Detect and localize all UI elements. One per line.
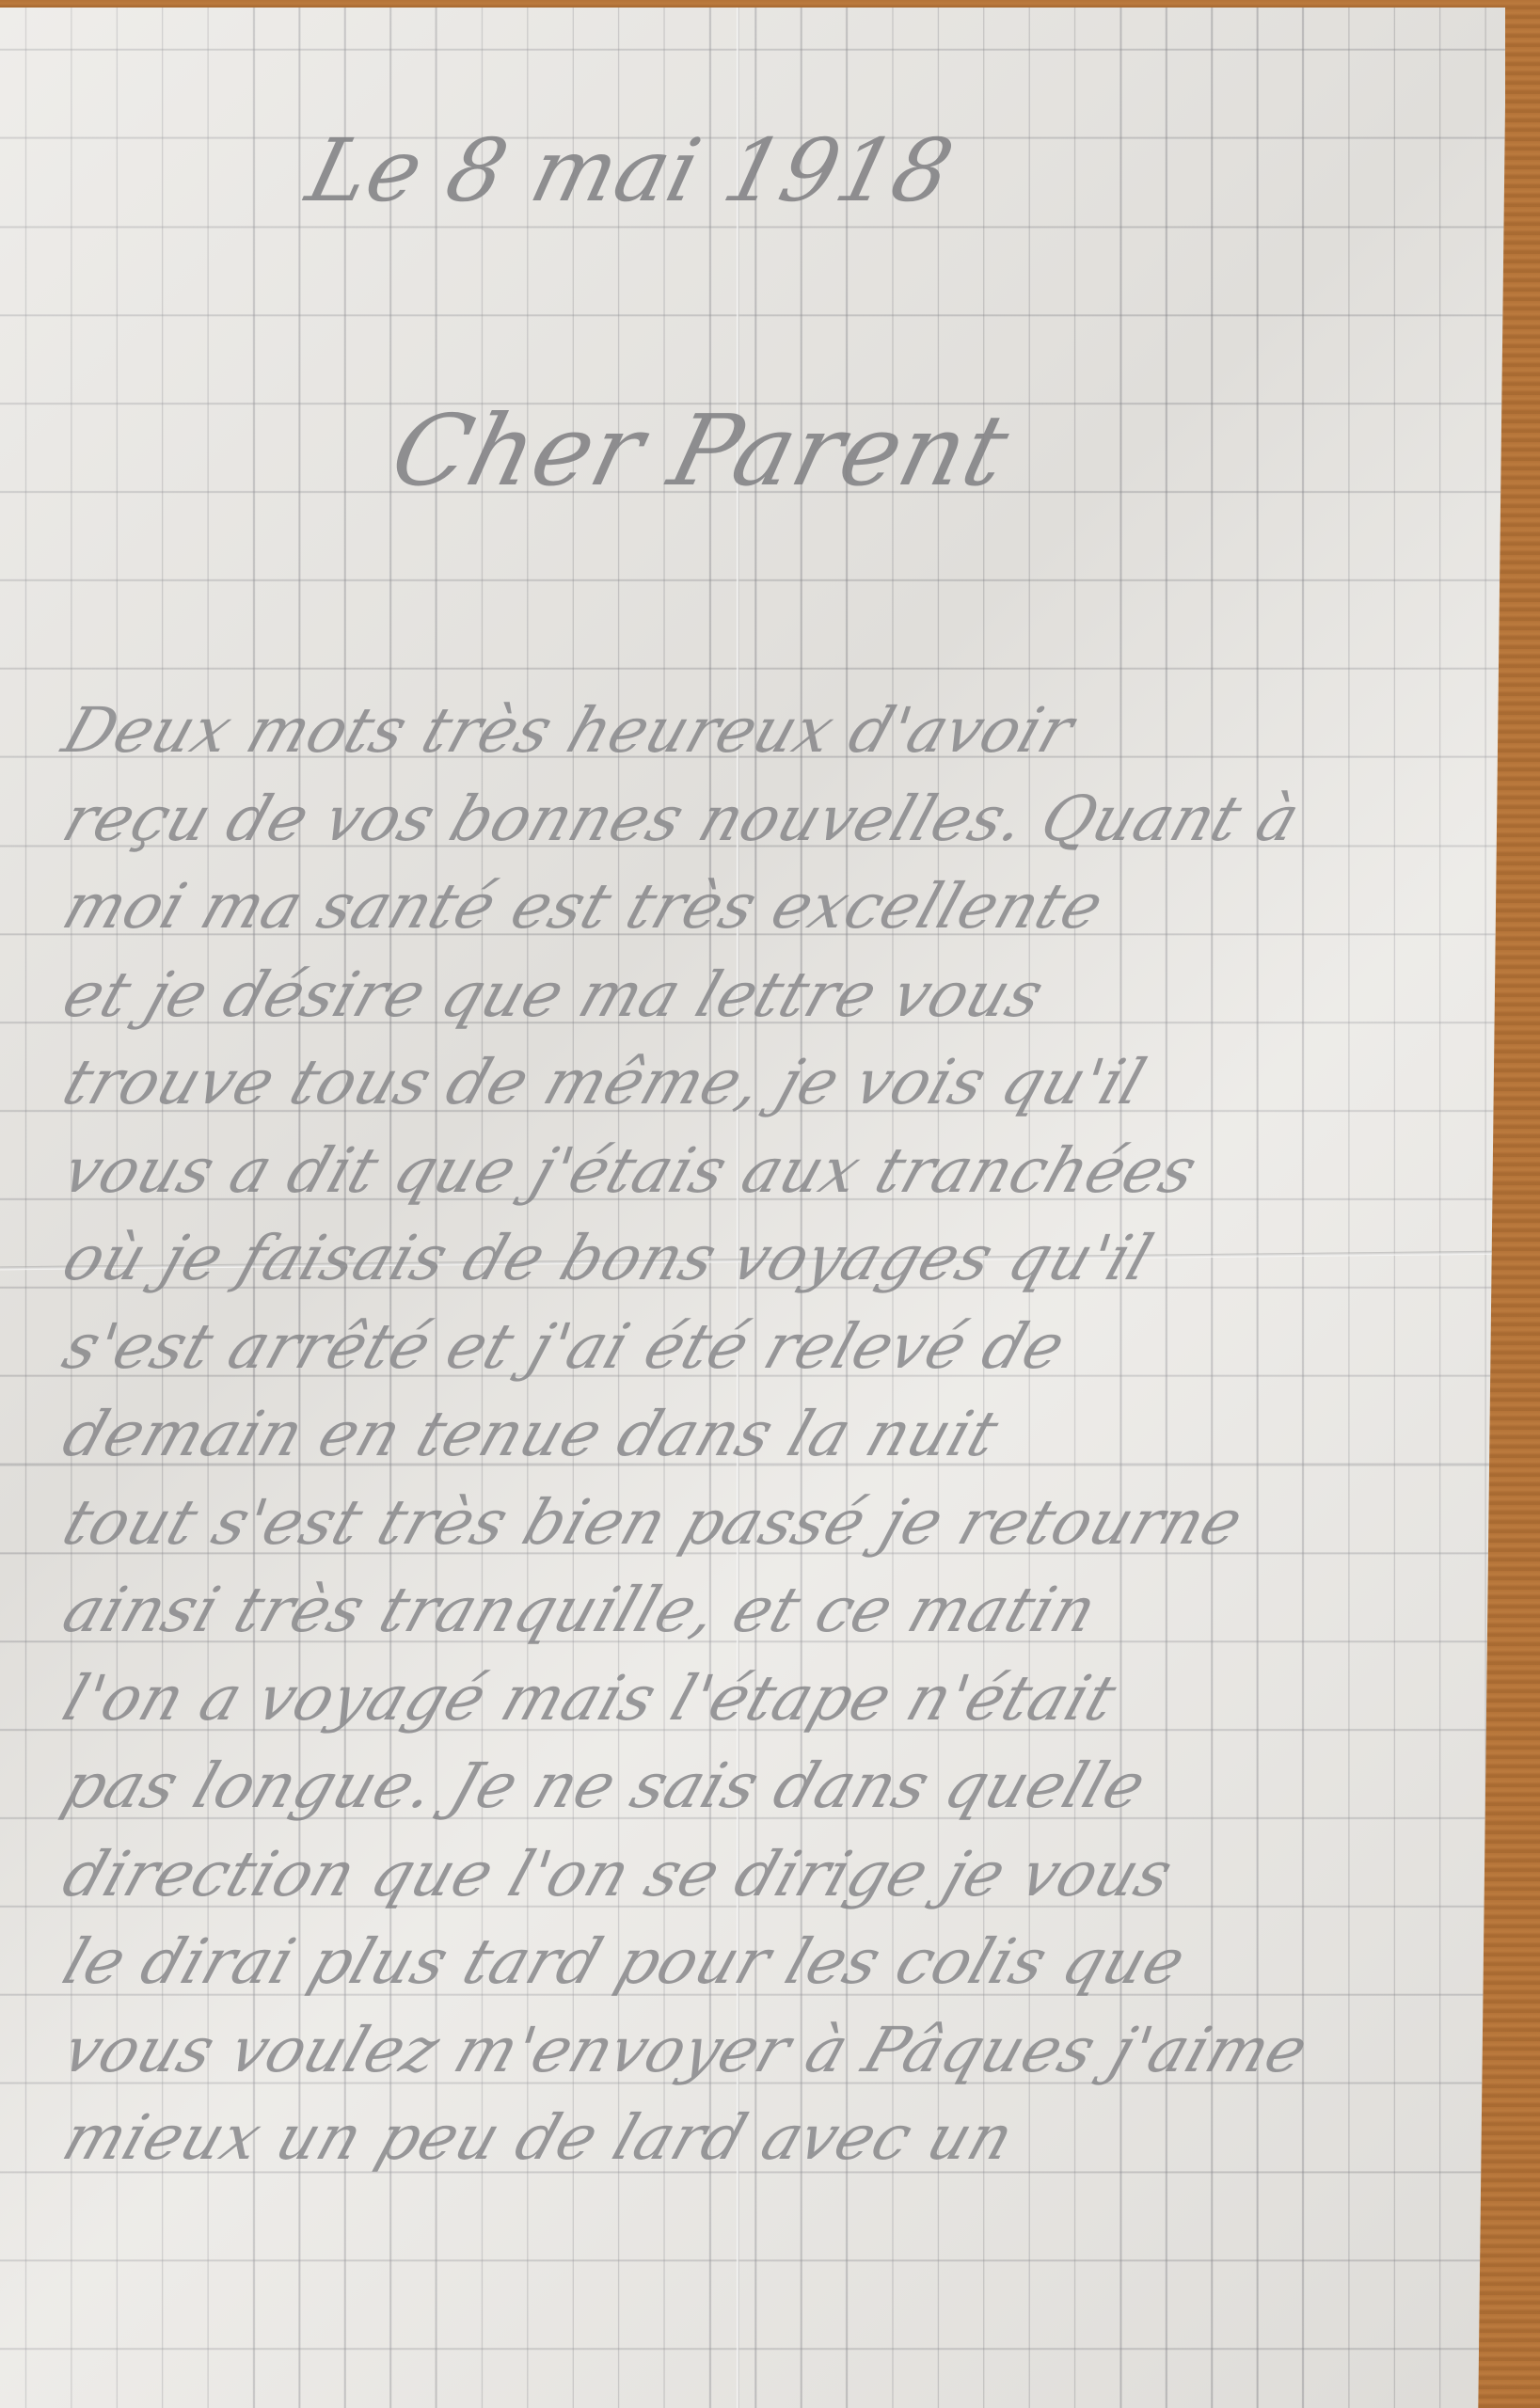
- body-line: l'on a voyagé mais l'étape n'était: [52, 1655, 1510, 1743]
- letter-paper: Le 8 mai 1918 Cher Parent Deux mots très…: [0, 8, 1505, 2408]
- body-line: ainsi très tranquille, et ce matin: [52, 1566, 1510, 1655]
- body-line: moi ma santé est très excellente: [52, 863, 1510, 951]
- letter-salutation: Cher Parent: [381, 393, 1021, 508]
- body-line: demain en tenue dans la nuit: [52, 1390, 1510, 1479]
- body-line: trouve tous de même, je vois qu'il: [52, 1038, 1510, 1127]
- body-line: où je faisais de bons voyages qu'il: [52, 1214, 1510, 1303]
- body-line: s'est arrêté et j'ai été relevé de: [52, 1303, 1510, 1391]
- body-line: vous voulez m'envoyer à Pâques j'aime: [52, 2006, 1510, 2095]
- body-line: le dirai plus tard pour les colis que: [52, 1918, 1510, 2006]
- body-line: et je désire que ma lettre vous: [52, 951, 1510, 1039]
- body-line: Deux mots très heureux d'avoir: [52, 687, 1510, 775]
- letter-body: Deux mots très heureux d'avoir reçu de v…: [52, 687, 1482, 2182]
- body-line: direction que l'on se dirige je vous: [52, 1830, 1510, 1919]
- letter-date: Le 8 mai 1918: [298, 120, 963, 221]
- body-line: pas longue. Je ne sais dans quelle: [52, 1742, 1510, 1830]
- body-line: mieux un peu de lard avec un: [52, 2094, 1510, 2182]
- body-line: reçu de vos bonnes nouvelles. Quant à: [52, 775, 1510, 863]
- body-line: vous a dit que j'étais aux tranchées: [52, 1127, 1510, 1215]
- body-line: tout s'est très bien passé je retourne: [52, 1479, 1510, 1567]
